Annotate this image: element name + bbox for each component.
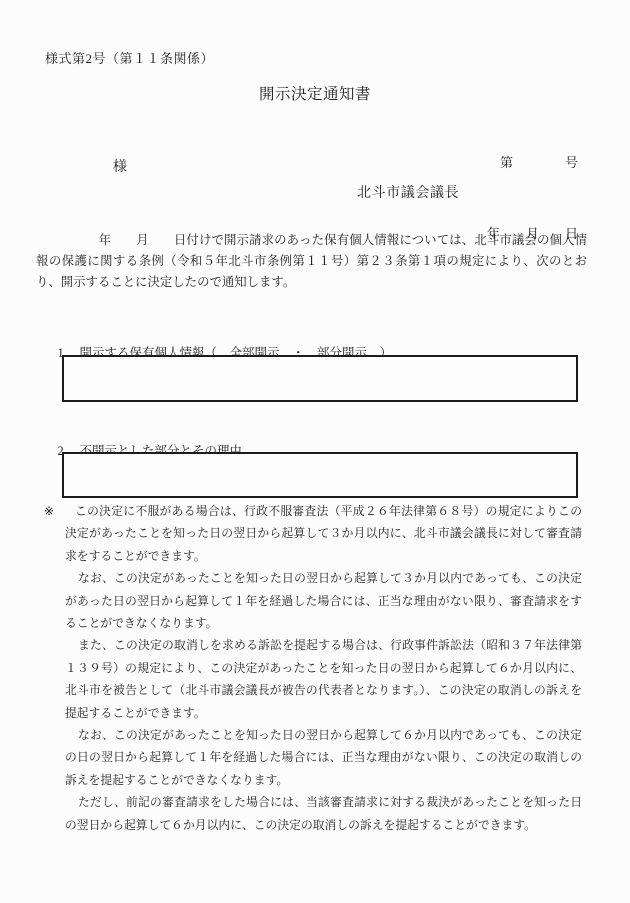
form-number: 様式第2号（第１１条関係） — [45, 48, 214, 67]
sender-line: 北斗市議会議長 — [357, 182, 459, 202]
document-number-line: 第 号 — [487, 151, 578, 175]
note-paragraph-lawsuit-limit: なお、この決定があったことを知った日の翌日から起算して６か月以内であっても、この… — [65, 724, 582, 791]
notes-block: ※この決定に不服がある場合は、行政不服審査法（平成２６年法律第６８号）の規定によ… — [65, 500, 582, 836]
note-paragraph-appeal-limit: なお、この決定があったことを知った日の翌日から起算して３か月以内であっても、この… — [65, 567, 582, 634]
recipient-line: 様 — [113, 156, 127, 176]
nondisclosure-reason-box — [62, 452, 578, 498]
note-paragraph-appeal: ※この決定に不服がある場合は、行政不服審査法（平成２６年法律第６８号）の規定によ… — [65, 500, 582, 567]
body-paragraph: 年 月 日付けで開示請求のあった保有個人情報については、北斗市議会の個人情報の保… — [36, 230, 587, 293]
note-paragraph-lawsuit: また、この決定の取消しを求める訴訟を提起する場合は、行政事件訴訟法（昭和３７年法… — [65, 634, 582, 724]
note-paragraph-after-ruling: ただし、前記の審査請求をした場合には、当該審査請求に対する裁決があったことを知っ… — [65, 791, 582, 836]
document-page: 様式第2号（第１１条関係） 開示決定通知書 第 号 年 月 日 様 北斗市議会議… — [0, 0, 630, 903]
note-paragraph-appeal-text: この決定に不服がある場合は、行政不服審査法（平成２６年法律第６８号）の規定により… — [65, 504, 582, 563]
disclosed-info-box — [62, 355, 578, 402]
document-title: 開示決定通知書 — [0, 82, 630, 104]
note-marker: ※ — [44, 500, 54, 522]
